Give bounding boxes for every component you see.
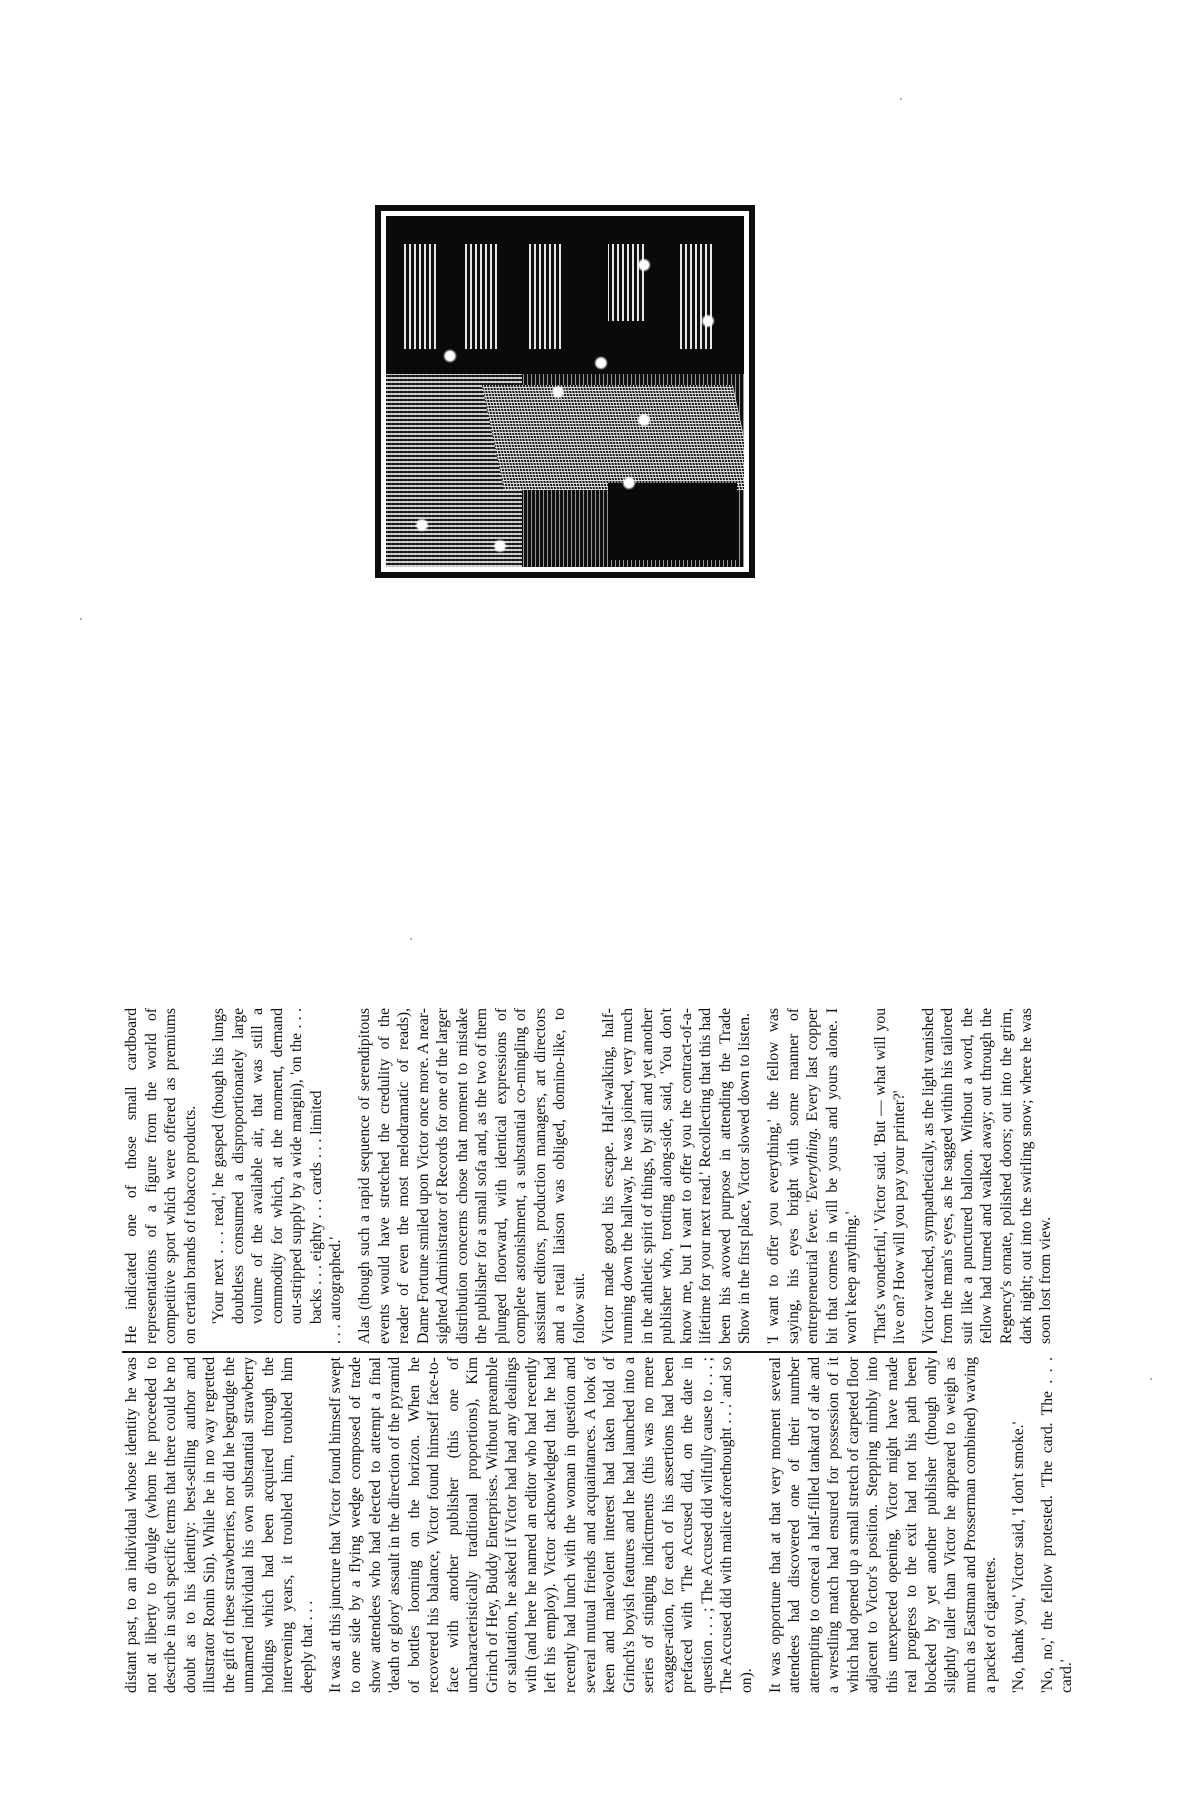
- paragraph: distant past, to an individual whose ide…: [122, 1357, 317, 1693]
- street-lamp: [551, 385, 565, 399]
- paragraph: It was opportune that at that very momen…: [766, 1357, 1001, 1693]
- street-lamp: [637, 258, 651, 272]
- paragraph: It was at this juncture that Victor foun…: [326, 1357, 756, 1693]
- street-lamp: [415, 518, 429, 532]
- street-lamp: [637, 413, 651, 427]
- window: [404, 244, 436, 349]
- scan-speck: [900, 98, 902, 100]
- paragraph: Alas (though such a rapid sequence of se…: [355, 1008, 590, 1344]
- window: [608, 244, 644, 321]
- paragraph: . . . autographed.': [326, 1008, 346, 1344]
- night-hotel-scene-image: [386, 216, 744, 567]
- window: [529, 244, 561, 349]
- paragraph: Victor made good his escape. Half-walkin…: [599, 1008, 755, 1344]
- carpeted-walkway: [482, 384, 744, 489]
- paragraph: He indicated one of those small cardboar…: [122, 1008, 200, 1344]
- window: [465, 244, 497, 349]
- paragraph: 'I want to offer you everything,' the fe…: [764, 1008, 862, 1344]
- rotated-book-page: distant past, to an individual whose ide…: [0, 0, 1200, 1800]
- window: [680, 244, 712, 349]
- street-lamp: [622, 476, 636, 490]
- entrance-canopy: [608, 483, 737, 560]
- paragraph: 'Your next . . . read,' he gasped (thoug…: [209, 1008, 326, 1344]
- paragraph: 'That's wonderful,' Victor said. 'But — …: [871, 1008, 910, 1344]
- scan-speck: [80, 618, 82, 620]
- text-column-right: He indicated one of those small cardboar…: [122, 1008, 1065, 1344]
- paragraph: 'No, thank you,' Victor said, 'I don't s…: [1009, 1357, 1029, 1693]
- paragraph: 'No, no,' the fellow protested. 'The car…: [1038, 1357, 1077, 1693]
- framed-illustration: [375, 205, 755, 578]
- scan-speck: [410, 938, 412, 940]
- text-column-left: distant past, to an individual whose ide…: [122, 1357, 1086, 1693]
- scan-speck: [1150, 1378, 1152, 1380]
- emphasized-word: Everything.: [804, 1127, 821, 1199]
- column-divider-rule: [122, 1351, 937, 1353]
- street-lamp: [594, 356, 608, 370]
- paragraph: Victor watched, sympathetically, as the …: [919, 1008, 1056, 1344]
